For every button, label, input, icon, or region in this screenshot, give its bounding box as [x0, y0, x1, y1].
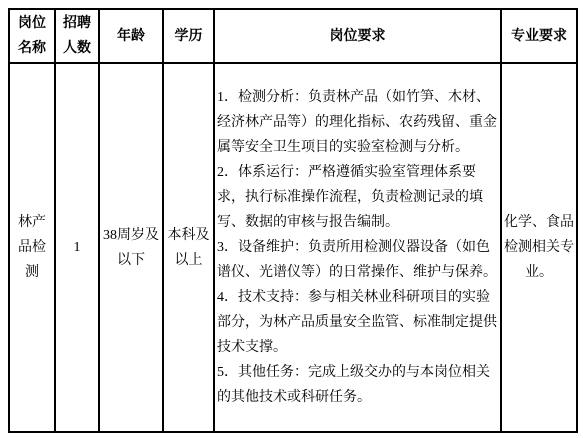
header-age: 年龄	[99, 9, 163, 63]
recruitment-table: 岗位名称 招聘人数 年龄 学历 岗位要求 专业要求 林产品检测 1 38周岁及以…	[8, 8, 578, 433]
header-position-name: 岗位名称	[9, 9, 55, 63]
requirement-item-1: 1．检测分析：负责林产品（如竹笋、木材、经济林产品等）的理化指标、农药残留、重金…	[217, 85, 498, 160]
header-major: 专业要求	[501, 9, 577, 63]
requirement-item-3: 3．设备维护：负责所用检测仪器设备（如色谱仪、光谱仪等）的日常操作、维护与保养。	[217, 235, 498, 285]
requirement-item-2: 2．体系运行：严格遵循实验室管理体系要求，执行标准操作流程，负责检测记录的填写、…	[217, 160, 498, 235]
cell-major: 化学、食品检测相关专业。	[501, 63, 577, 432]
cell-age: 38周岁及以下	[99, 63, 163, 432]
cell-headcount: 1	[55, 63, 99, 432]
header-headcount: 招聘人数	[55, 9, 99, 63]
document-page: 岗位名称 招聘人数 年龄 学历 岗位要求 专业要求 林产品检测 1 38周岁及以…	[0, 0, 583, 438]
requirement-item-4: 4．技术支持：参与相关林业科研项目的实验部分，为林产品质量安全监管、标准制定提供…	[217, 285, 498, 360]
cell-position-name: 林产品检测	[9, 63, 55, 432]
cell-requirements: 1．检测分析：负责林产品（如竹笋、木材、经济林产品等）的理化指标、农药残留、重金…	[214, 63, 501, 432]
header-education: 学历	[163, 9, 214, 63]
cell-education: 本科及以上	[163, 63, 214, 432]
requirement-item-5: 5．其他任务：完成上级交办的与本岗位相关的其他技术或科研任务。	[217, 360, 498, 410]
header-requirements: 岗位要求	[214, 9, 501, 63]
table-row: 林产品检测 1 38周岁及以下 本科及以上 1．检测分析：负责林产品（如竹笋、木…	[9, 63, 577, 432]
table-header-row: 岗位名称 招聘人数 年龄 学历 岗位要求 专业要求	[9, 9, 577, 63]
